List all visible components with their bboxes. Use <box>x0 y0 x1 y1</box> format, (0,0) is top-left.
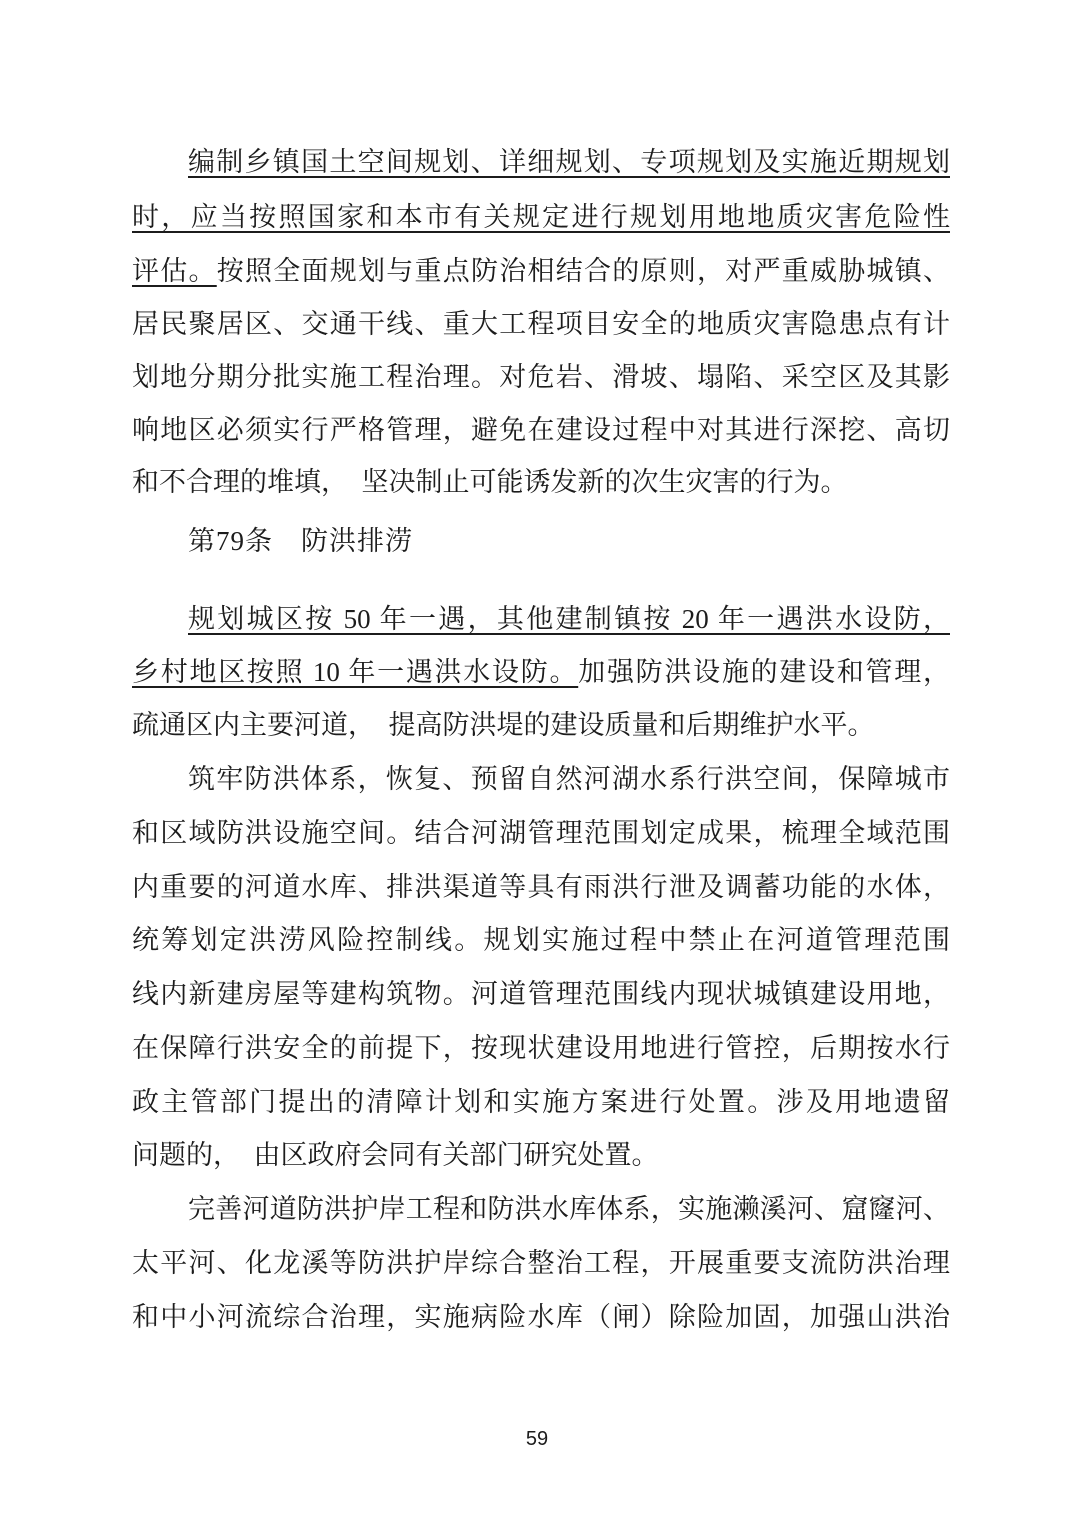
text-line: 时，应当按照国家和本市有关规定进行规划用地地质灾害危险性 <box>132 202 950 232</box>
text-line: 疏通区内主要河道， 提高防洪堤的建设质量和后期维护水平。 <box>132 710 950 740</box>
underlined-text-segment: 乡村地区按照 10 年一遇洪水设防。 <box>132 657 578 687</box>
underlined-text-segment: 编制乡镇国土空间规划、详细规划、专项规划及实施近期规划 <box>188 147 950 177</box>
underlined-text-segment: 评估。 <box>132 256 217 286</box>
text-line: 居民聚居区、交通干线、重大工程项目安全的地质灾害隐患点有计 <box>132 309 950 339</box>
text-segment: 和区域防洪设施空间。结合河湖管理范围划定成果，梳理全域范围 <box>132 818 950 848</box>
text-segment: 加强防洪设施的建设和管理， <box>578 657 950 687</box>
text-line: 问题的， 由区政府会同有关部门研究处置。 <box>132 1140 950 1170</box>
text-line: 线内新建房屋等建构筑物。河道管理范围线内现状城镇建设用地， <box>132 979 950 1009</box>
text-line: 统筹划定洪涝风险控制线。规划实施过程中禁止在河道管理范围 <box>132 925 950 955</box>
text-line: 响地区必须实行严格管理，避免在建设过程中对其进行深挖、高切 <box>132 415 950 445</box>
page-number: 59 <box>0 1428 1074 1451</box>
text-segment: 线内新建房屋等建构筑物。河道管理范围线内现状城镇建设用地， <box>132 979 950 1009</box>
text-line: 和不合理的堆填， 坚决制止可能诱发新的次生灾害的行为。 <box>132 467 950 497</box>
text-segment: 划地分期分批实施工程治理。对危岩、滑坡、塌陷、采空区及其影 <box>132 362 950 392</box>
text-segment: 统筹划定洪涝风险控制线。规划实施过程中禁止在河道管理范围 <box>132 925 950 955</box>
text-line: 评估。按照全面规划与重点防治相结合的原则，对严重威胁城镇、 <box>132 256 950 286</box>
text-line: 政主管部门提出的清障计划和实施方案进行处置。涉及用地遗留 <box>132 1087 950 1117</box>
underlined-text-segment: 规划城区按 50 年一遇，其他建制镇按 20 年一遇洪水设防， <box>188 604 950 634</box>
text-segment: 第79条 防洪排涝 <box>188 526 413 556</box>
text-segment: 居民聚居区、交通干线、重大工程项目安全的地质灾害隐患点有计 <box>132 309 950 339</box>
document-page: 编制乡镇国土空间规划、详细规划、专项规划及实施近期规划时，应当按照国家和本市有关… <box>0 0 1074 1520</box>
text-segment: 按照全面规划与重点防治相结合的原则，对严重威胁城镇、 <box>217 256 950 286</box>
text-segment: 响地区必须实行严格管理，避免在建设过程中对其进行深挖、高切 <box>132 415 950 445</box>
text-line: 内重要的河道水库、排洪渠道等具有雨洪行泄及调蓄功能的水体， <box>132 872 950 902</box>
text-line: 在保障行洪安全的前提下，按现状建设用地进行管控，后期按水行 <box>132 1033 950 1063</box>
text-segment: 和中小河流综合治理，实施病险水库（闸）除险加固，加强山洪治 <box>132 1302 950 1332</box>
text-line: 和中小河流综合治理，实施病险水库（闸）除险加固，加强山洪治 <box>132 1302 950 1332</box>
underlined-text-segment: 时，应当按照国家和本市有关规定进行规划用地地质灾害危险性 <box>132 202 950 232</box>
text-segment: 在保障行洪安全的前提下，按现状建设用地进行管控，后期按水行 <box>132 1033 950 1063</box>
text-line: 筑牢防洪体系，恢复、预留自然河湖水系行洪空间，保障城市 <box>132 764 950 794</box>
text-line: 完善河道防洪护岸工程和防洪水库体系，实施濑溪河、窟窿河、 <box>132 1194 950 1224</box>
text-line: 和区域防洪设施空间。结合河湖管理范围划定成果，梳理全域范围 <box>132 818 950 848</box>
text-segment: 完善河道防洪护岸工程和防洪水库体系，实施濑溪河、窟窿河、 <box>188 1194 950 1224</box>
text-segment: 问题的， 由区政府会同有关部门研究处置。 <box>132 1140 659 1170</box>
text-segment: 太平河、化龙溪等防洪护岸综合整治工程，开展重要支流防洪治理 <box>132 1248 950 1278</box>
text-line: 规划城区按 50 年一遇，其他建制镇按 20 年一遇洪水设防， <box>132 604 950 634</box>
text-segment: 政主管部门提出的清障计划和实施方案进行处置。涉及用地遗留 <box>132 1087 950 1117</box>
text-segment: 筑牢防洪体系，恢复、预留自然河湖水系行洪空间，保障城市 <box>188 764 950 794</box>
text-line: 太平河、化龙溪等防洪护岸综合整治工程，开展重要支流防洪治理 <box>132 1248 950 1278</box>
section-heading: 第79条 防洪排涝 <box>132 526 950 556</box>
text-line: 乡村地区按照 10 年一遇洪水设防。加强防洪设施的建设和管理， <box>132 657 950 687</box>
text-segment: 和不合理的堆填， 坚决制止可能诱发新的次生灾害的行为。 <box>132 467 848 497</box>
text-line: 编制乡镇国土空间规划、详细规划、专项规划及实施近期规划 <box>132 147 950 177</box>
text-line: 划地分期分批实施工程治理。对危岩、滑坡、塌陷、采空区及其影 <box>132 362 950 392</box>
text-segment: 内重要的河道水库、排洪渠道等具有雨洪行泄及调蓄功能的水体， <box>132 872 950 902</box>
text-segment: 疏通区内主要河道， 提高防洪堤的建设质量和后期维护水平。 <box>132 710 875 740</box>
